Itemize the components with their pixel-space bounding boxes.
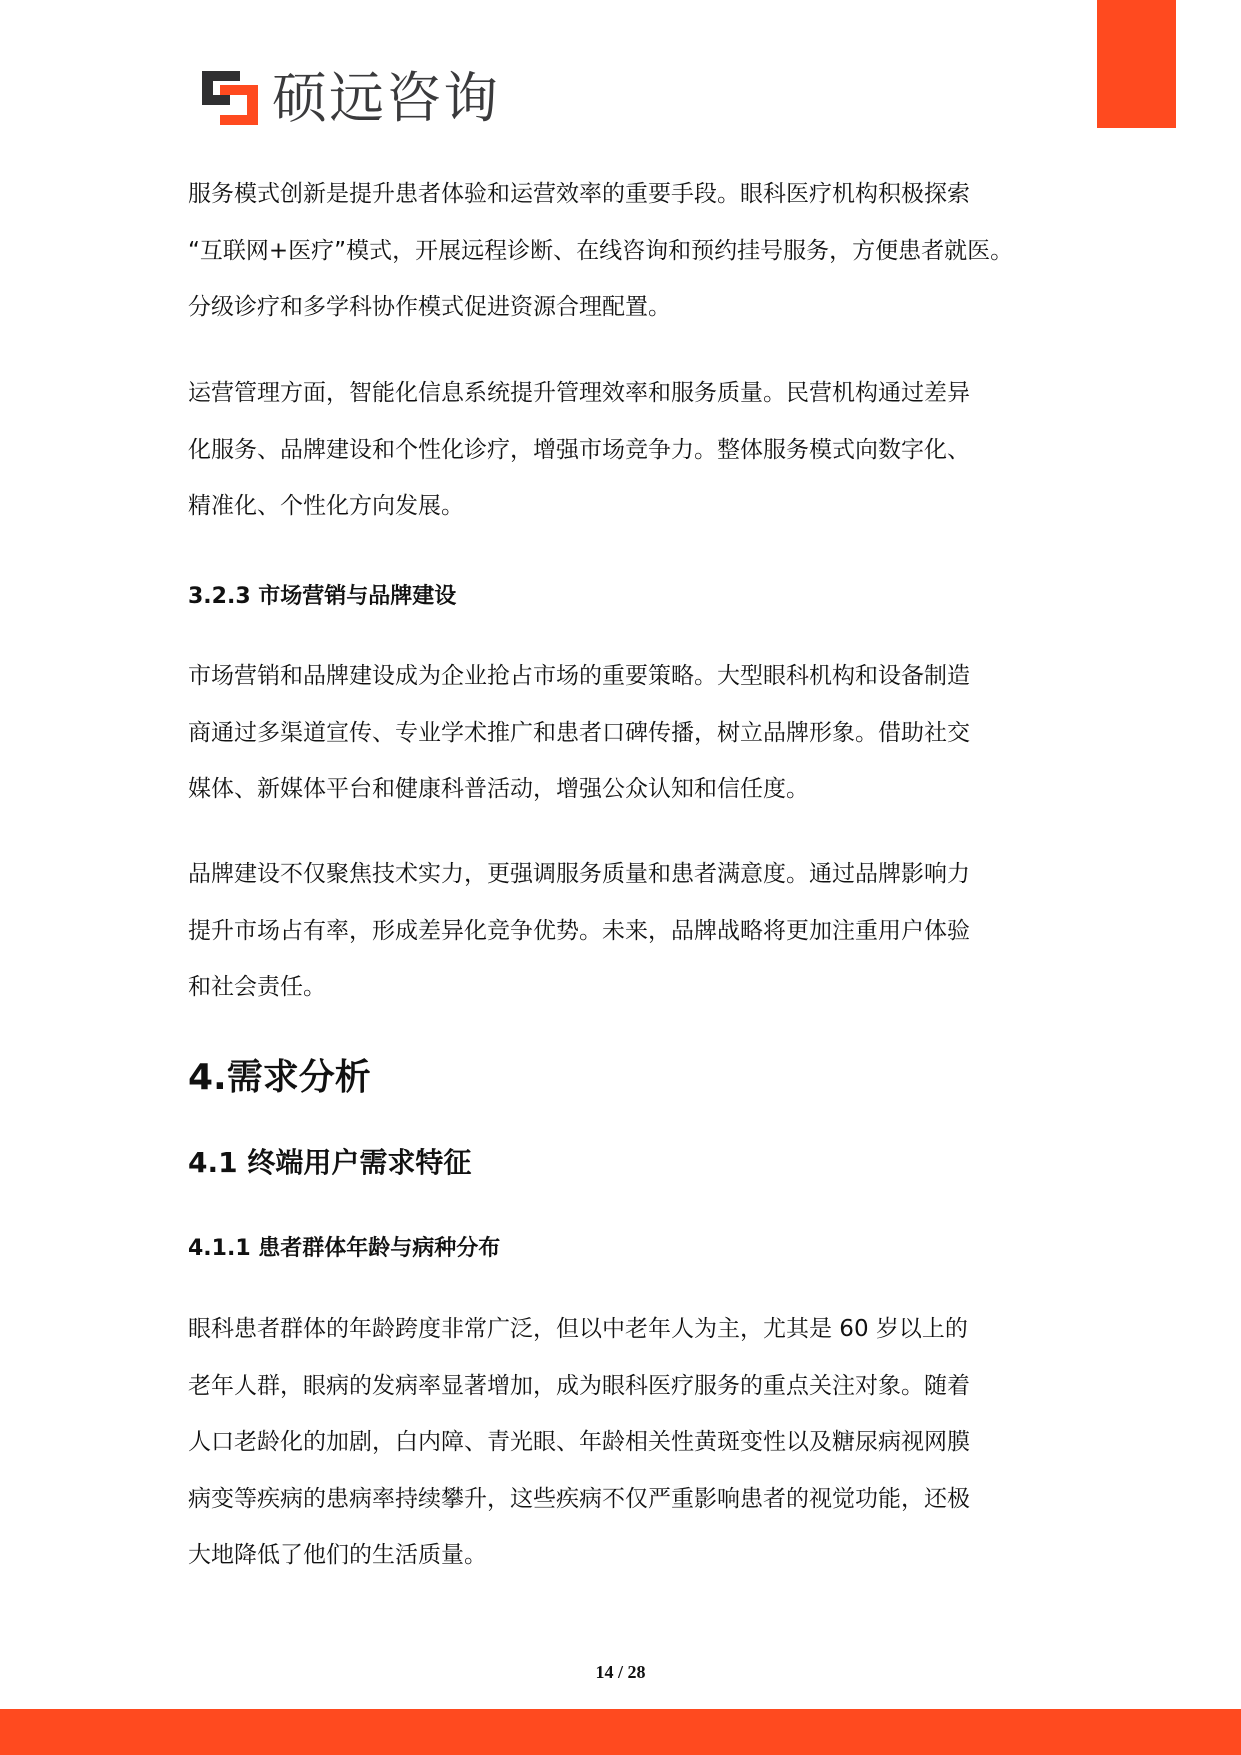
- text-line: 老年人群，眼病的发病率显著增加，成为眼科医疗服务的重点关注对象。随着: [188, 1358, 1068, 1415]
- paragraph-patient-age: 眼科患者群体的年龄跨度非常广泛，但以中老年人为主，尤其是 60 岁以上的 老年人…: [188, 1301, 1068, 1584]
- heading-4-1-1: 4.1.1 患者群体年龄与病种分布: [188, 1231, 500, 1262]
- footer-accent-bar: [0, 1709, 1241, 1755]
- heading-4-demand-analysis: 4.需求分析: [188, 1049, 371, 1100]
- heading-3-2-3: 3.2.3 市场营销与品牌建设: [188, 579, 456, 610]
- text-line: 运营管理方面，智能化信息系统提升管理效率和服务质量。民营机构通过差异: [188, 365, 1068, 422]
- text-line: 人口老龄化的加剧，白内障、青光眼、年龄相关性黄斑变性以及糖尿病视网膜: [188, 1414, 1068, 1471]
- paragraph-marketing: 市场营销和品牌建设成为企业抢占市场的重要策略。大型眼科机构和设备制造 商通过多渠…: [188, 648, 1068, 818]
- text-line: “互联网+医疗”模式，开展远程诊断、在线咨询和预约挂号服务，方便患者就医。: [188, 223, 1068, 280]
- text-line: 眼科患者群体的年龄跨度非常广泛，但以中老年人为主，尤其是 60 岁以上的: [188, 1301, 1068, 1358]
- text-line: 提升市场占有率，形成差异化竞争优势。未来，品牌战略将更加注重用户体验: [188, 903, 1068, 960]
- text-line: 品牌建设不仅聚焦技术实力，更强调服务质量和患者满意度。通过品牌影响力: [188, 846, 1068, 903]
- brand-name: 硕远咨询: [272, 66, 500, 130]
- text-line: 商通过多渠道宣传、专业学术推广和患者口碑传播，树立品牌形象。借助社交: [188, 705, 1068, 762]
- page-number: 14 / 28: [0, 1662, 1241, 1683]
- heading-4-1: 4.1 终端用户需求特征: [188, 1141, 471, 1181]
- text-line: 媒体、新媒体平台和健康科普活动，增强公众认知和信任度。: [188, 761, 1068, 818]
- text-line: 市场营销和品牌建设成为企业抢占市场的重要策略。大型眼科机构和设备制造: [188, 648, 1068, 705]
- paragraph-brand-building: 品牌建设不仅聚焦技术实力，更强调服务质量和患者满意度。通过品牌影响力 提升市场占…: [188, 846, 1068, 1016]
- text-line: 大地降低了他们的生活质量。: [188, 1527, 1068, 1584]
- text-line: 精准化、个性化方向发展。: [188, 478, 1068, 535]
- brand-logo: 硕远咨询: [202, 66, 500, 130]
- paragraph-operations: 运营管理方面，智能化信息系统提升管理效率和服务质量。民营机构通过差异 化服务、品…: [188, 365, 1068, 535]
- text-line: 和社会责任。: [188, 959, 1068, 1016]
- s-bracket-logo-icon: [202, 71, 258, 125]
- corner-accent-block: [1097, 0, 1176, 128]
- text-line: 化服务、品牌建设和个性化诊疗，增强市场竞争力。整体服务模式向数字化、: [188, 422, 1068, 479]
- text-line: 分级诊疗和多学科协作模式促进资源合理配置。: [188, 279, 1068, 336]
- text-line: 病变等疾病的患病率持续攀升，这些疾病不仅严重影响患者的视觉功能，还极: [188, 1471, 1068, 1528]
- text-line: 服务模式创新是提升患者体验和运营效率的重要手段。眼科医疗机构积极探索: [188, 166, 1068, 223]
- paragraph-service-model: 服务模式创新是提升患者体验和运营效率的重要手段。眼科医疗机构积极探索 “互联网+…: [188, 166, 1068, 336]
